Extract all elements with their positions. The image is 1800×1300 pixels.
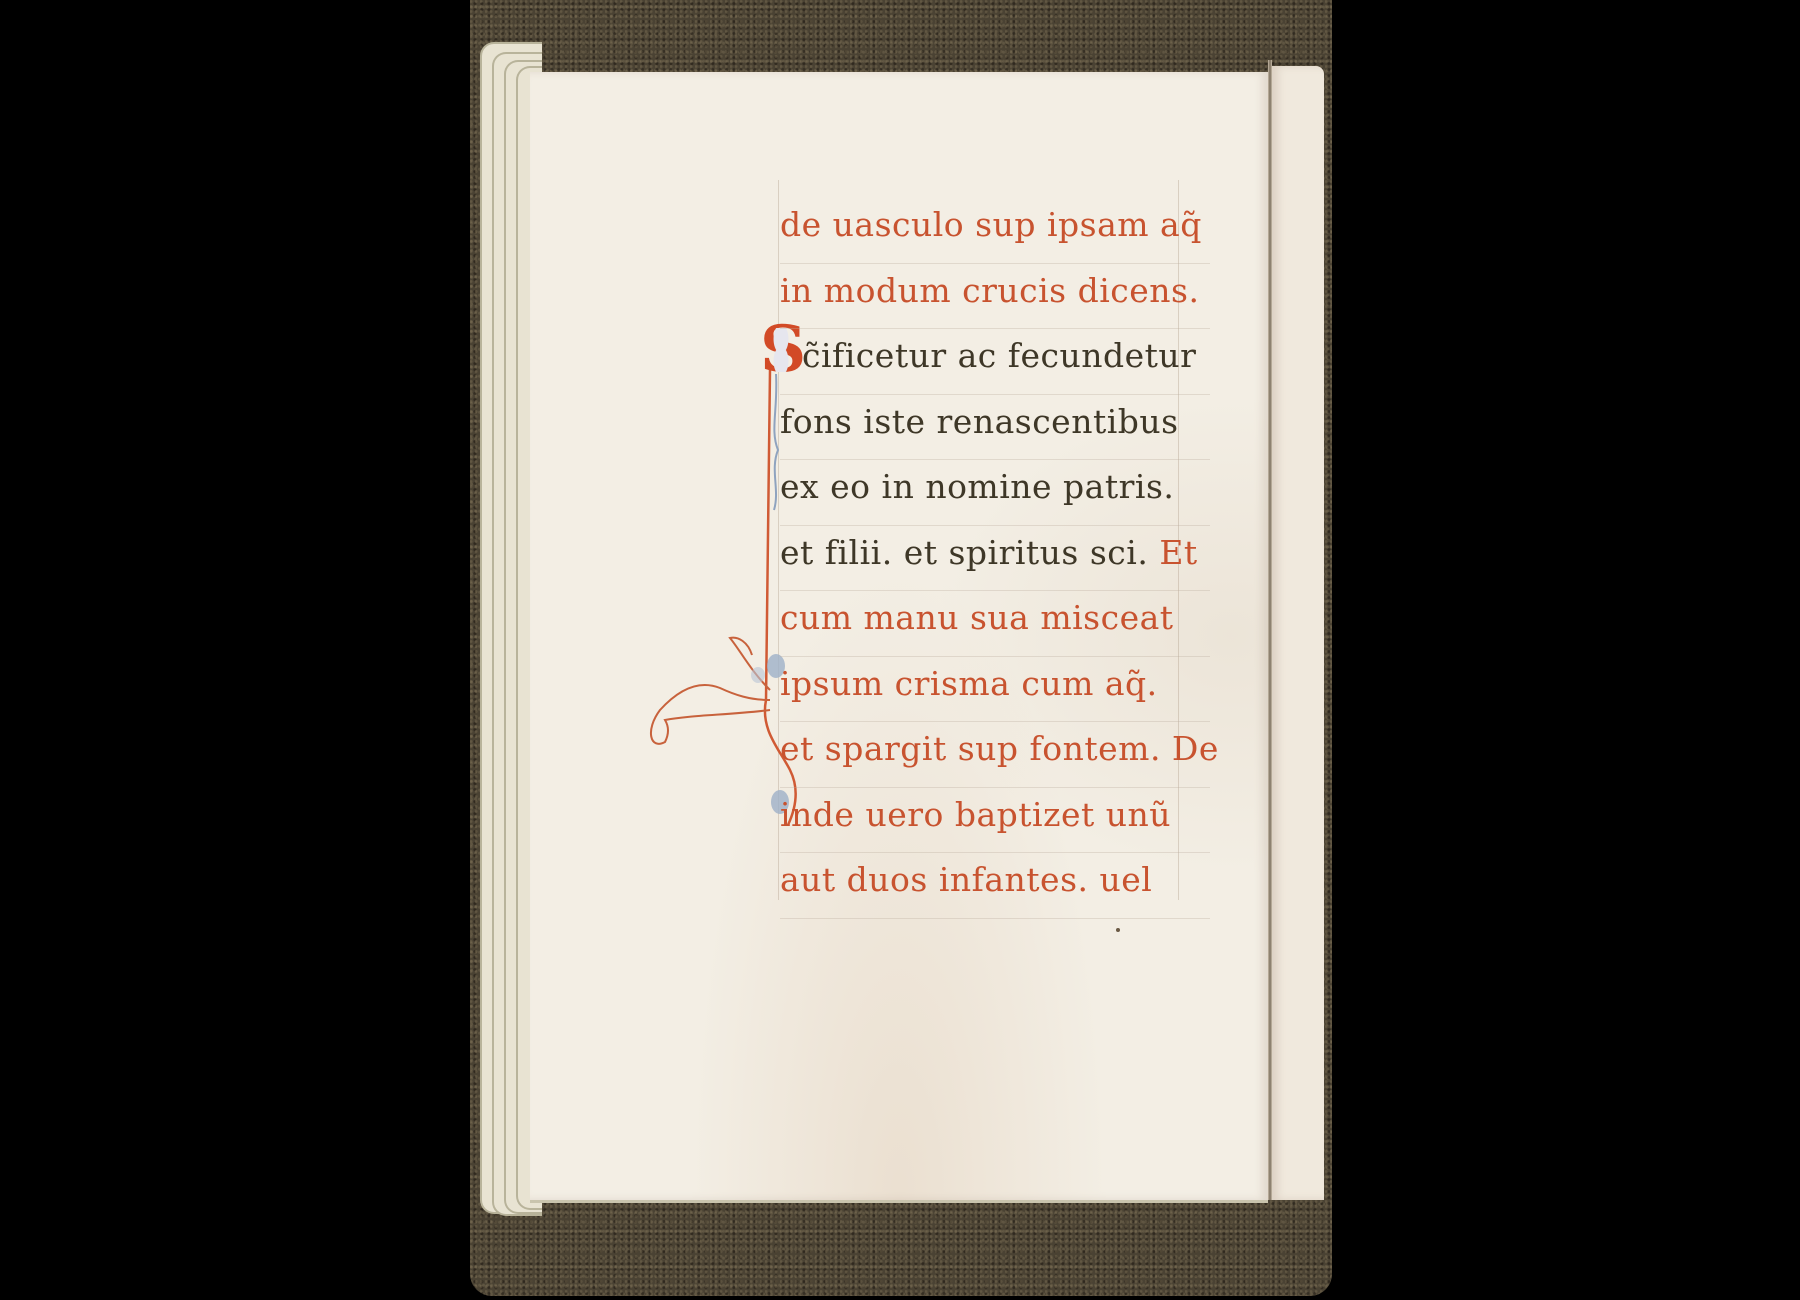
text-line: et filii. et spiritus sci. Et [780,526,1210,592]
text-line: ex eo in nomine patris. [780,460,1210,526]
parchment-speck [1116,928,1120,932]
text-block: de uasculo sup ipsam aq̃ in modum crucis… [780,198,1210,919]
facing-page-edge [1272,66,1324,1200]
text-line: de uasculo sup ipsam aq̃ [780,198,1210,264]
text-line: cum manu sua misceat [780,591,1210,657]
text-line: et spargit sup fontem. De [780,722,1210,788]
text-line: in modum crucis dicens. [780,264,1210,330]
text-line: c̃ificetur ac fecundetur [780,329,1210,395]
text-line: ipsum crisma cum aq̃. [780,657,1210,723]
text-line: aut duos infantes. uel [780,853,1210,919]
text-line: fons iste renascentibus [780,395,1210,461]
text-line: inde uero baptizet unũ [780,788,1210,854]
